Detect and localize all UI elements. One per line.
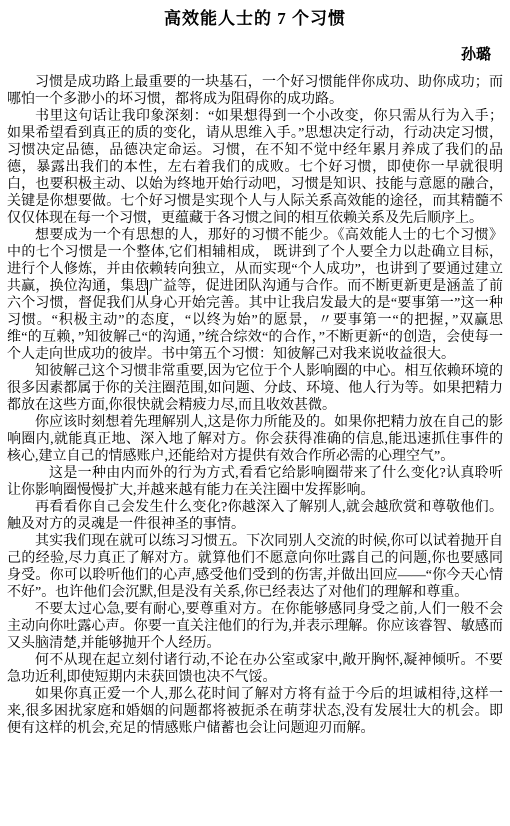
- document-title: 高效能人士的 7 个习惯: [7, 8, 503, 30]
- paragraph[interactable]: 不要太过心急,要有耐心,要尊重对方。在你能够感同身受之前,人们一般不会主动向你吐…: [7, 601, 503, 652]
- paragraph[interactable]: 书里这句话让我印象深刻：“如果想得到一个小改变，你只需从行为入手；如果希望看到真…: [7, 108, 503, 227]
- text-cursor: [147, 280, 148, 295]
- paragraph[interactable]: 知彼解己这个习惯非常重要,因为它位于个人影响圈的中心。相互依赖环境的很多因素都属…: [7, 363, 503, 414]
- author-name: 孙璐: [7, 46, 491, 64]
- document-body[interactable]: 习惯是成功路上最重要的一块基石，一个好习惯能伴你成功、助你成功；而哪怕一个多渺小…: [7, 74, 503, 737]
- paragraph[interactable]: 这是一种由内而外的行为方式,看看它给影响圈带来了什么变化?认真聆听让你影响圈慢慢…: [7, 465, 503, 499]
- paragraph[interactable]: 再看看你自己会发生什么变化?你越深入了解别人,就会越欣赏和尊敬他们。触及对方的灵…: [7, 499, 503, 533]
- paragraph[interactable]: 何不从现在起立刻付诸行动,不论在办公室或家中,敞开胸怀,凝神倾听。不要急功近利,…: [7, 652, 503, 686]
- paragraph[interactable]: 如果你真正爱一个人,那么花时间了解对方将有益于今后的坦诚相待,这样一来,很多困扰…: [7, 686, 503, 737]
- paragraph[interactable]: 你应该时刻想着先理解别人,这是你力所能及的。如果你把精力放在自己的影响圈内,就能…: [7, 414, 503, 465]
- paragraph[interactable]: 其实我们现在就可以练习习惯五。下次同别人交流的时候,你可以试着抛开自己的经验,尽…: [7, 533, 503, 601]
- paragraph[interactable]: 习惯是成功路上最重要的一块基石，一个好习惯能伴你成功、助你成功；而哪怕一个多渺小…: [7, 74, 503, 108]
- document-page: 高效能人士的 7 个习惯 孙璐 习惯是成功路上最重要的一块基石，一个好习惯能伴你…: [0, 0, 510, 826]
- paragraph[interactable]: 想要成为一个有思想的人，那好的习惯不能少。《高效能人士的七个习惯》中的七个习惯是…: [7, 227, 503, 363]
